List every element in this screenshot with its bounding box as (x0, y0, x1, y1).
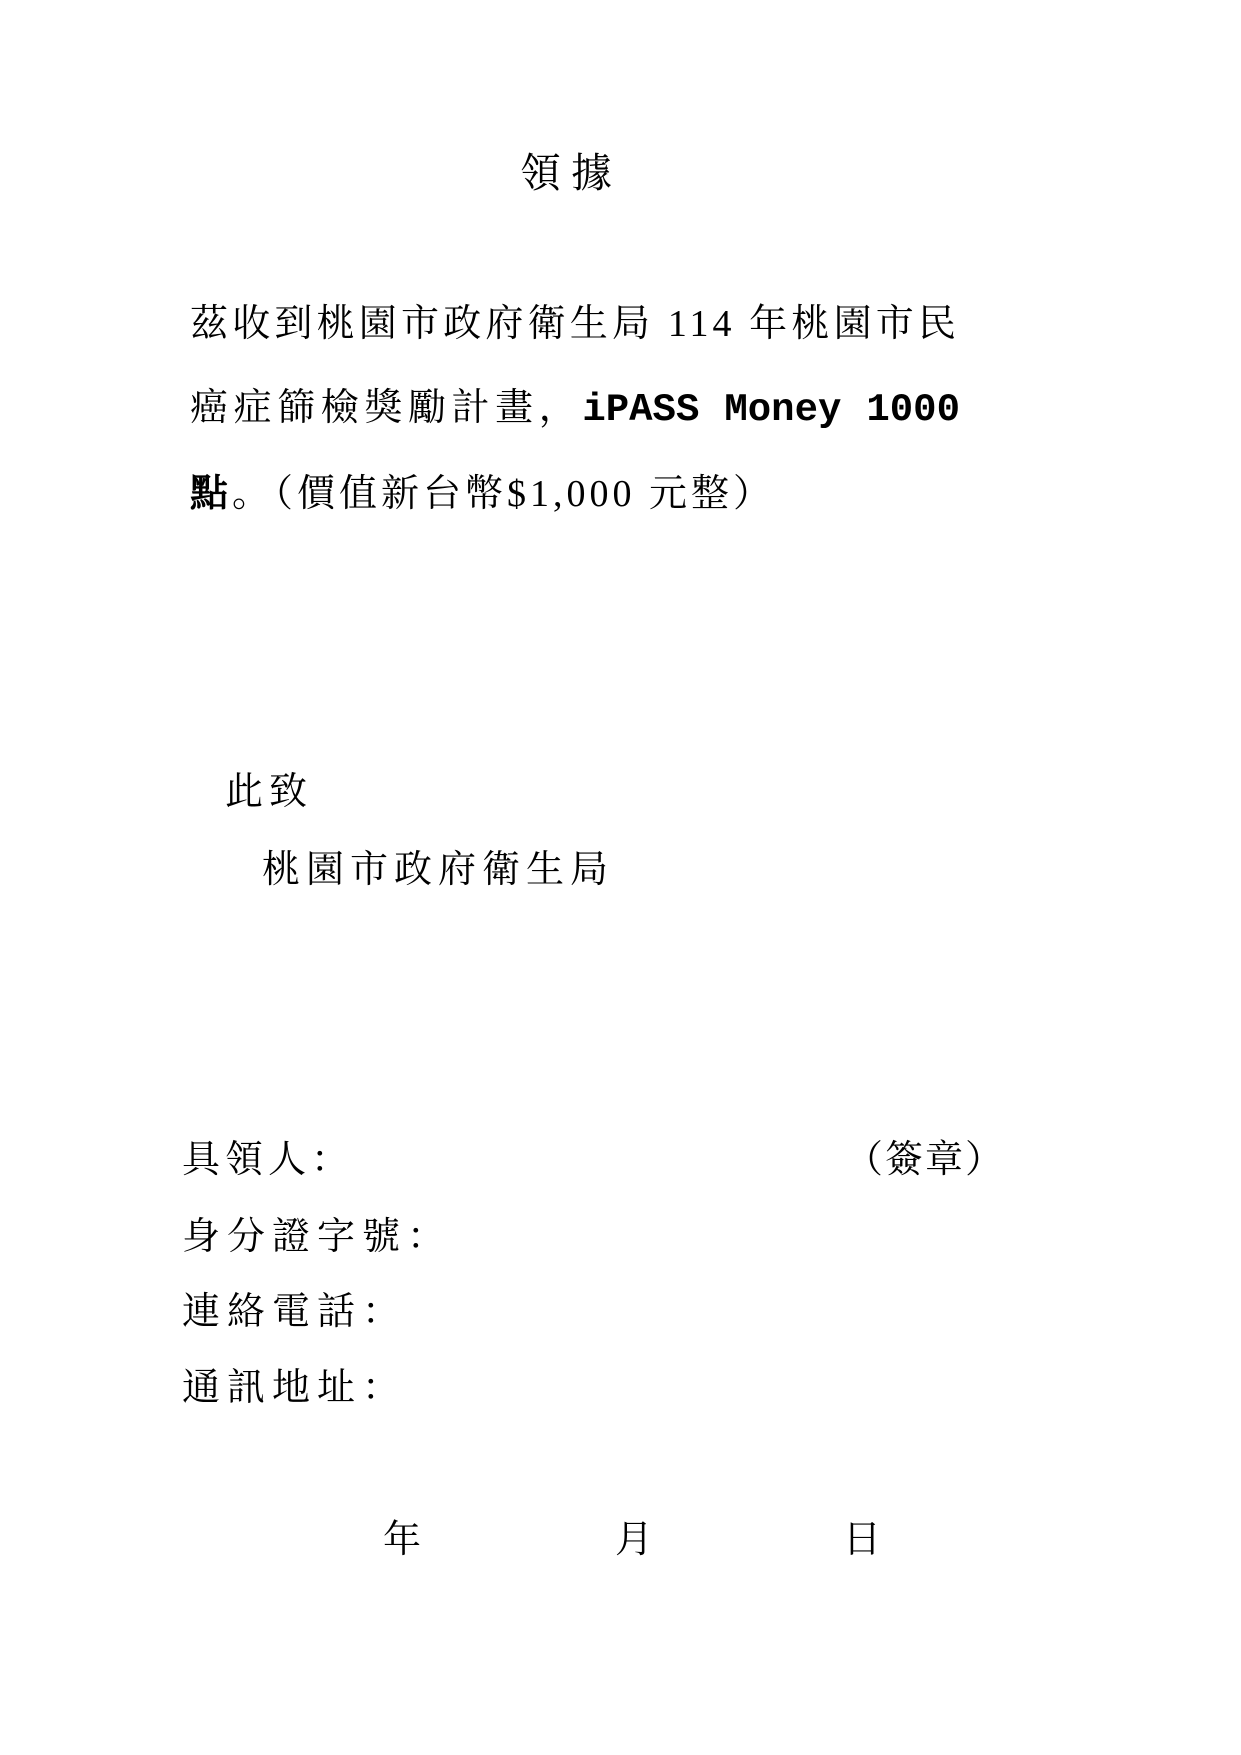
body-value-close-text: 元整） (636, 473, 776, 515)
date-line: 年 月 日 (0, 1508, 1241, 1560)
claimant-label: 具領人： (182, 1128, 354, 1183)
body-paragraph: 茲收到桃園市政府衛生局 114 年桃園市民癌症篩檢獎勵計畫，iPASS Mone… (190, 282, 960, 536)
contact-phone-label: 連絡電話： (182, 1280, 407, 1335)
receipt-document: 領據 茲收到桃園市政府衛生局 114 年桃園市民癌症篩檢獎勵計畫，iPASS M… (0, 0, 1241, 1755)
mailing-address-label: 通訊地址： (182, 1356, 407, 1411)
day-label: 日 (843, 1508, 881, 1563)
body-amount-text: $1,000 (507, 473, 636, 515)
body-value-open-text: 。（價值新台幣 (232, 473, 507, 515)
id-number-label: 身分證字號： (182, 1205, 452, 1260)
claimant-line: 具領人： （簽章） (0, 1128, 1241, 1180)
year-label: 年 (383, 1508, 421, 1563)
signature-label: （簽章） (845, 1128, 1005, 1183)
month-label: 月 (615, 1508, 653, 1563)
recipient-name: 桃園市政府衛生局 (262, 838, 614, 893)
body-year-number: 114 (668, 303, 736, 345)
body-points-unit-text: 點 (190, 473, 232, 515)
body-ipass-points-text: iPASS Money 1000 (582, 388, 960, 432)
salutation-text: 此致 (225, 760, 313, 815)
document-title: 領據 (190, 140, 952, 199)
body-intro-text: 茲收到桃園市政府衛生局 (190, 303, 668, 345)
